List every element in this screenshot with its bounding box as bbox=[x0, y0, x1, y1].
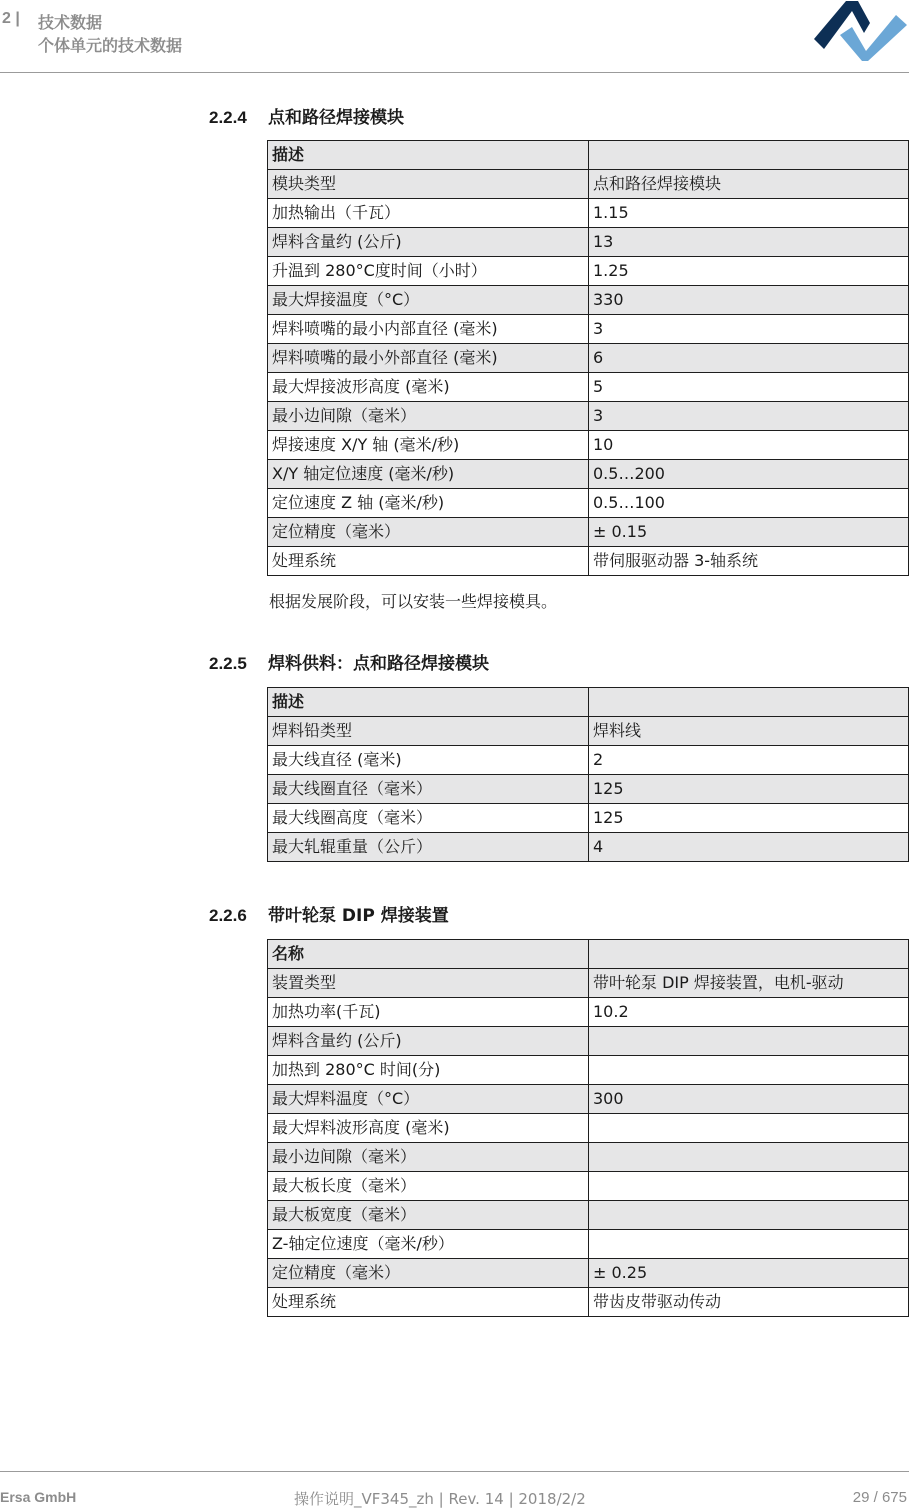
row-value: 1.25 bbox=[589, 257, 909, 286]
row-value bbox=[589, 1143, 909, 1172]
row-label: 加热功率(千瓦) bbox=[268, 998, 589, 1027]
row-value: 10.2 bbox=[589, 998, 909, 1027]
table-row: 最大线圈直径（毫米）125 bbox=[268, 775, 909, 804]
row-label: Z-轴定位速度（毫米/秒） bbox=[268, 1230, 589, 1259]
table-row: 定位精度（毫米）± 0.15 bbox=[268, 518, 909, 547]
table-row: 焊料喷嘴的最小外部直径 (毫米)6 bbox=[268, 344, 909, 373]
table-row: 最大焊接波形高度 (毫米)5 bbox=[268, 373, 909, 402]
chapter-title: 技术数据 bbox=[38, 10, 102, 33]
table-row: 焊料喷嘴的最小内部直径 (毫米)3 bbox=[268, 315, 909, 344]
section-title: 带叶轮泵 DIP 焊接装置 bbox=[268, 906, 449, 926]
section-title: 焊料供料：点和路径焊接模块 bbox=[268, 654, 489, 674]
table-row: 最大轧辊重量（公斤）4 bbox=[268, 833, 909, 862]
table-row: 最大焊料波形高度 (毫米) bbox=[268, 1114, 909, 1143]
row-label: 加热输出（千瓦） bbox=[268, 199, 589, 228]
table-row: 升温到 280°C度时间（小时）1.25 bbox=[268, 257, 909, 286]
row-label: 最大线圈高度（毫米） bbox=[268, 804, 589, 833]
table-row: 装置类型带叶轮泵 DIP 焊接装置，电机-驱动 bbox=[268, 969, 909, 998]
row-value: 13 bbox=[589, 228, 909, 257]
row-value: 0.5…200 bbox=[589, 460, 909, 489]
table-row: 加热到 280°C 时间(分) bbox=[268, 1056, 909, 1085]
section-number: 2.2.6 bbox=[209, 906, 268, 926]
table-header-row: 描述 bbox=[268, 141, 909, 170]
table-row: Z-轴定位速度（毫米/秒） bbox=[268, 1230, 909, 1259]
row-label: 焊接速度 X/Y 轴 (毫米/秒) bbox=[268, 431, 589, 460]
row-label: 最大焊接波形高度 (毫米) bbox=[268, 373, 589, 402]
row-label: 最小边间隙（毫米） bbox=[268, 1143, 589, 1172]
row-value: ± 0.25 bbox=[589, 1259, 909, 1288]
row-label: 加热到 280°C 时间(分) bbox=[268, 1056, 589, 1085]
row-value: 1.15 bbox=[589, 199, 909, 228]
row-label: 最大线圈直径（毫米） bbox=[268, 775, 589, 804]
row-label: 定位速度 Z 轴 (毫米/秒) bbox=[268, 489, 589, 518]
row-label: 焊料喷嘴的最小外部直径 (毫米) bbox=[268, 344, 589, 373]
row-label: 最小边间隙（毫米） bbox=[268, 402, 589, 431]
section-heading: 2.2.5焊料供料：点和路径焊接模块 bbox=[209, 649, 489, 674]
table-header-cell: 名称 bbox=[268, 940, 589, 969]
row-label: 模块类型 bbox=[268, 170, 589, 199]
row-value: 3 bbox=[589, 402, 909, 431]
row-label: 焊料含量约 (公斤) bbox=[268, 228, 589, 257]
table-row: 焊接速度 X/Y 轴 (毫米/秒)10 bbox=[268, 431, 909, 460]
row-label: 处理系统 bbox=[268, 547, 589, 576]
table-header-cell: 描述 bbox=[268, 141, 589, 170]
row-label: 装置类型 bbox=[268, 969, 589, 998]
row-label: 最大线直径 (毫米) bbox=[268, 746, 589, 775]
footer-document-info: 操作说明_VF345_zh | Rev. 14 | 2018/2/2 bbox=[294, 1488, 586, 1509]
spec-table-dip-soldering-unit: 名称 装置类型带叶轮泵 DIP 焊接装置，电机-驱动 加热功率(千瓦)10.2 … bbox=[267, 939, 909, 1317]
row-value: 4 bbox=[589, 833, 909, 862]
row-value: 焊料线 bbox=[589, 717, 909, 746]
header-divider bbox=[0, 72, 909, 73]
section-heading: 2.2.6带叶轮泵 DIP 焊接装置 bbox=[209, 901, 449, 926]
table-header-cell bbox=[589, 940, 909, 969]
chapter-subtitle: 个体单元的技术数据 bbox=[38, 33, 182, 56]
row-label: 升温到 280°C度时间（小时） bbox=[268, 257, 589, 286]
table-row: 模块类型点和路径焊接模块 bbox=[268, 170, 909, 199]
row-value: ± 0.15 bbox=[589, 518, 909, 547]
row-value bbox=[589, 1027, 909, 1056]
row-value: 330 bbox=[589, 286, 909, 315]
row-label: 焊料含量约 (公斤) bbox=[268, 1027, 589, 1056]
table-header-row: 名称 bbox=[268, 940, 909, 969]
ersa-logo-icon bbox=[812, 1, 908, 61]
row-label: 最大焊接温度（°C） bbox=[268, 286, 589, 315]
row-value bbox=[589, 1172, 909, 1201]
table-row: 最大线直径 (毫米)2 bbox=[268, 746, 909, 775]
row-value bbox=[589, 1114, 909, 1143]
table-row: 焊料铅类型焊料线 bbox=[268, 717, 909, 746]
table-header-cell bbox=[589, 688, 909, 717]
section-note: 根据发展阶段，可以安装一些焊接模具。 bbox=[269, 589, 557, 612]
table-header-cell: 描述 bbox=[268, 688, 589, 717]
section-number: 2.2.5 bbox=[209, 654, 268, 674]
row-value: 3 bbox=[589, 315, 909, 344]
table-row: 最大焊料温度（°C）300 bbox=[268, 1085, 909, 1114]
row-value: 带齿皮带驱动传动 bbox=[589, 1288, 909, 1317]
row-value: 带叶轮泵 DIP 焊接装置，电机-驱动 bbox=[589, 969, 909, 998]
table-row: 最大线圈高度（毫米）125 bbox=[268, 804, 909, 833]
table-header-cell bbox=[589, 141, 909, 170]
spec-table-solder-feed: 描述 焊料铅类型焊料线 最大线直径 (毫米)2 最大线圈直径（毫米）125 最大… bbox=[267, 687, 909, 862]
row-label: 最大板宽度（毫米） bbox=[268, 1201, 589, 1230]
row-value: 2 bbox=[589, 746, 909, 775]
row-value: 125 bbox=[589, 775, 909, 804]
row-value: 10 bbox=[589, 431, 909, 460]
row-value: 125 bbox=[589, 804, 909, 833]
row-value bbox=[589, 1201, 909, 1230]
row-label: 最大板长度（毫米） bbox=[268, 1172, 589, 1201]
table-row: 焊料含量约 (公斤)13 bbox=[268, 228, 909, 257]
table-row: 最大焊接温度（°C）330 bbox=[268, 286, 909, 315]
row-label: 定位精度（毫米） bbox=[268, 518, 589, 547]
page-header: 2 | 技术数据 个体单元的技术数据 bbox=[0, 0, 909, 73]
footer-company: Ersa GmbH bbox=[0, 1489, 76, 1505]
footer-divider bbox=[0, 1471, 909, 1472]
row-label: 最大焊料波形高度 (毫米) bbox=[268, 1114, 589, 1143]
row-label: 焊料喷嘴的最小内部直径 (毫米) bbox=[268, 315, 589, 344]
table-row: 处理系统带伺服驱动器 3-轴系统 bbox=[268, 547, 909, 576]
table-row: 处理系统带齿皮带驱动传动 bbox=[268, 1288, 909, 1317]
table-row: 加热输出（千瓦）1.15 bbox=[268, 199, 909, 228]
table-row: X/Y 轴定位速度 (毫米/秒)0.5…200 bbox=[268, 460, 909, 489]
chapter-number: 2 | bbox=[2, 10, 20, 28]
table-row: 定位精度（毫米）± 0.25 bbox=[268, 1259, 909, 1288]
table-row: 最小边间隙（毫米）3 bbox=[268, 402, 909, 431]
row-value bbox=[589, 1230, 909, 1259]
row-label: 最大轧辊重量（公斤） bbox=[268, 833, 589, 862]
table-header-row: 描述 bbox=[268, 688, 909, 717]
row-label: 最大焊料温度（°C） bbox=[268, 1085, 589, 1114]
row-value bbox=[589, 1056, 909, 1085]
spec-table-point-path-module: 描述 模块类型点和路径焊接模块 加热输出（千瓦）1.15 焊料含量约 (公斤)1… bbox=[267, 140, 909, 576]
section-title: 点和路径焊接模块 bbox=[268, 108, 404, 128]
section-number: 2.2.4 bbox=[209, 108, 268, 128]
row-value: 300 bbox=[589, 1085, 909, 1114]
table-row: 定位速度 Z 轴 (毫米/秒)0.5…100 bbox=[268, 489, 909, 518]
table-row: 加热功率(千瓦)10.2 bbox=[268, 998, 909, 1027]
row-value: 点和路径焊接模块 bbox=[589, 170, 909, 199]
row-label: 处理系统 bbox=[268, 1288, 589, 1317]
row-value: 5 bbox=[589, 373, 909, 402]
section-heading: 2.2.4点和路径焊接模块 bbox=[209, 103, 404, 128]
table-row: 最大板宽度（毫米） bbox=[268, 1201, 909, 1230]
table-row: 焊料含量约 (公斤) bbox=[268, 1027, 909, 1056]
row-label: X/Y 轴定位速度 (毫米/秒) bbox=[268, 460, 589, 489]
table-row: 最小边间隙（毫米） bbox=[268, 1143, 909, 1172]
row-value: 6 bbox=[589, 344, 909, 373]
table-row: 最大板长度（毫米） bbox=[268, 1172, 909, 1201]
row-label: 焊料铅类型 bbox=[268, 717, 589, 746]
row-value: 0.5…100 bbox=[589, 489, 909, 518]
row-label: 定位精度（毫米） bbox=[268, 1259, 589, 1288]
row-value: 带伺服驱动器 3-轴系统 bbox=[589, 547, 909, 576]
footer-page-number: 29 / 675 bbox=[853, 1489, 907, 1506]
